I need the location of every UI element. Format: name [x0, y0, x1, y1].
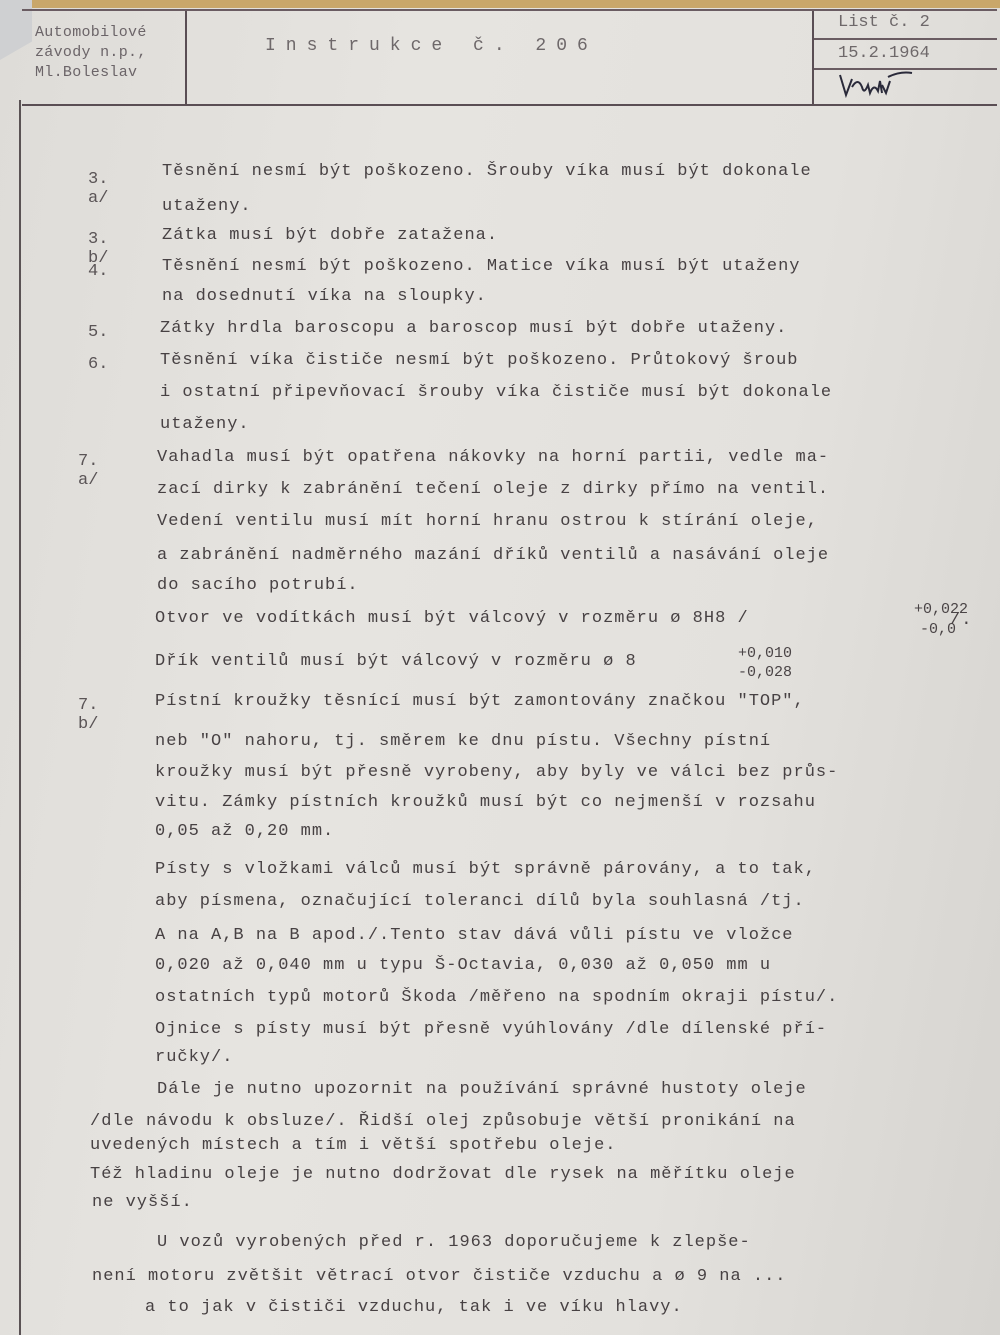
sheet-number-row: List č. 2 — [814, 11, 997, 40]
page-edge-strip — [30, 0, 1000, 8]
text-line: kroužky musí být přesně vyrobeny, aby by… — [155, 763, 838, 783]
text-line: vitu. Zámky pístních kroužků musí být co… — [155, 793, 816, 813]
text-line: 0,05 až 0,20 mm. — [155, 822, 334, 842]
document-date: 15.2.1964 — [838, 44, 930, 63]
text-line: Zátky hrdla baroscopu a baroscop musí bý… — [160, 319, 787, 339]
meta-cell: List č. 2 15.2.1964 — [814, 11, 997, 104]
text-line: Dřík ventilů musí být válcový v rozměru … — [155, 652, 637, 672]
text-line: Těsnění nesmí být poškozeno. Šrouby víka… — [162, 162, 812, 182]
item-number: 6. — [88, 355, 108, 374]
text-line: U vozů vyrobených před r. 1963 doporučuj… — [157, 1233, 751, 1253]
item-number: 7. b/ — [78, 696, 98, 734]
text-line: Zátka musí být dobře zatažena. — [162, 226, 498, 246]
text-line: neb "O" nahoru, tj. směrem ke dnu pístu.… — [155, 732, 771, 752]
text-line: na dosednutí víka na sloupky. — [162, 287, 487, 307]
text-line: i ostatní připevňovací šrouby víka čisti… — [160, 383, 832, 403]
text-line: Těsnění nesmí být poškozeno. Matice víka… — [162, 257, 801, 277]
text-line: Otvor ve vodítkách musí být válcový v ro… — [155, 609, 749, 629]
text-line: A na A,B na B apod./.Tento stav dává vůl… — [155, 926, 794, 946]
document-header-table: Automobilové závody n.p., Ml.Boleslav In… — [22, 9, 997, 106]
text-line: do sacího potrubí. — [157, 576, 359, 596]
text-line: není motoru zvětšit větrací otvor čistič… — [92, 1267, 787, 1287]
text-line: Písty s vložkami válců musí být správně … — [155, 860, 816, 880]
text-line: utaženy. — [160, 415, 250, 435]
text-line: ne vyšší. — [92, 1193, 193, 1213]
text-line: 0,020 až 0,040 mm u typu Š-Octavia, 0,03… — [155, 956, 771, 976]
document-page: Automobilové závody n.p., Ml.Boleslav In… — [0, 0, 1000, 1335]
item-number: 5. — [88, 323, 108, 342]
text-line: Ojnice s písty musí být přesně vyúhlován… — [155, 1020, 827, 1040]
text-line: utaženy. — [162, 197, 252, 217]
company-name-line: Ml.Boleslav — [35, 64, 137, 82]
item-number: 7. a/ — [78, 452, 98, 490]
text-line: zací dirky k zabránění tečení oleje z di… — [157, 480, 829, 500]
text-line: Pístní kroužky těsnící musí být zamontov… — [155, 692, 805, 712]
text-line: Těsnění víka čističe nesmí být poškozeno… — [160, 351, 799, 371]
tolerance-lower: -0,028 — [738, 665, 792, 680]
text-line: Vahadla musí být opatřena nákovky na hor… — [157, 448, 829, 468]
document-title: Instrukce č. 206 — [265, 36, 598, 56]
text-line: ostatních typů motorů Škoda /měřeno na s… — [155, 988, 838, 1008]
item-number: 3. a/ — [88, 170, 108, 208]
text-line: a to jak v čističi vzduchu, tak i ve vík… — [145, 1298, 683, 1318]
text-line: uvedených místech a tím i větší spotřebu… — [90, 1136, 616, 1156]
item-number: 4. — [88, 262, 108, 281]
text-line: Dále je nutno upozornit na používání spr… — [157, 1080, 807, 1100]
company-cell: Automobilové závody n.p., Ml.Boleslav — [22, 11, 187, 104]
left-frame-line — [19, 100, 21, 1335]
text-line: aby písmena, označující toleranci dílů b… — [155, 892, 805, 912]
text-line: Též hladinu oleje je nutno dodržovat dle… — [90, 1165, 796, 1185]
date-row: 15.2.1964 — [814, 40, 997, 70]
text-line: ručky/. — [155, 1048, 233, 1068]
text-line: a zabránění nadměrného mazání dříků vent… — [157, 546, 829, 566]
tolerance-close: /. — [950, 611, 972, 631]
sheet-number: List č. 2 — [838, 13, 930, 32]
title-cell: Instrukce č. 206 — [187, 11, 814, 104]
text-line: Vedení ventilu musí mít horní hranu ostr… — [157, 512, 818, 532]
text-line: /dle návodu k obsluze/. Řidší olej způso… — [90, 1112, 796, 1132]
company-name-line: Automobilové — [35, 24, 147, 42]
company-name-line: závody n.p., — [35, 44, 147, 62]
tolerance-upper: +0,010 — [738, 646, 792, 661]
signature-icon — [838, 69, 918, 99]
